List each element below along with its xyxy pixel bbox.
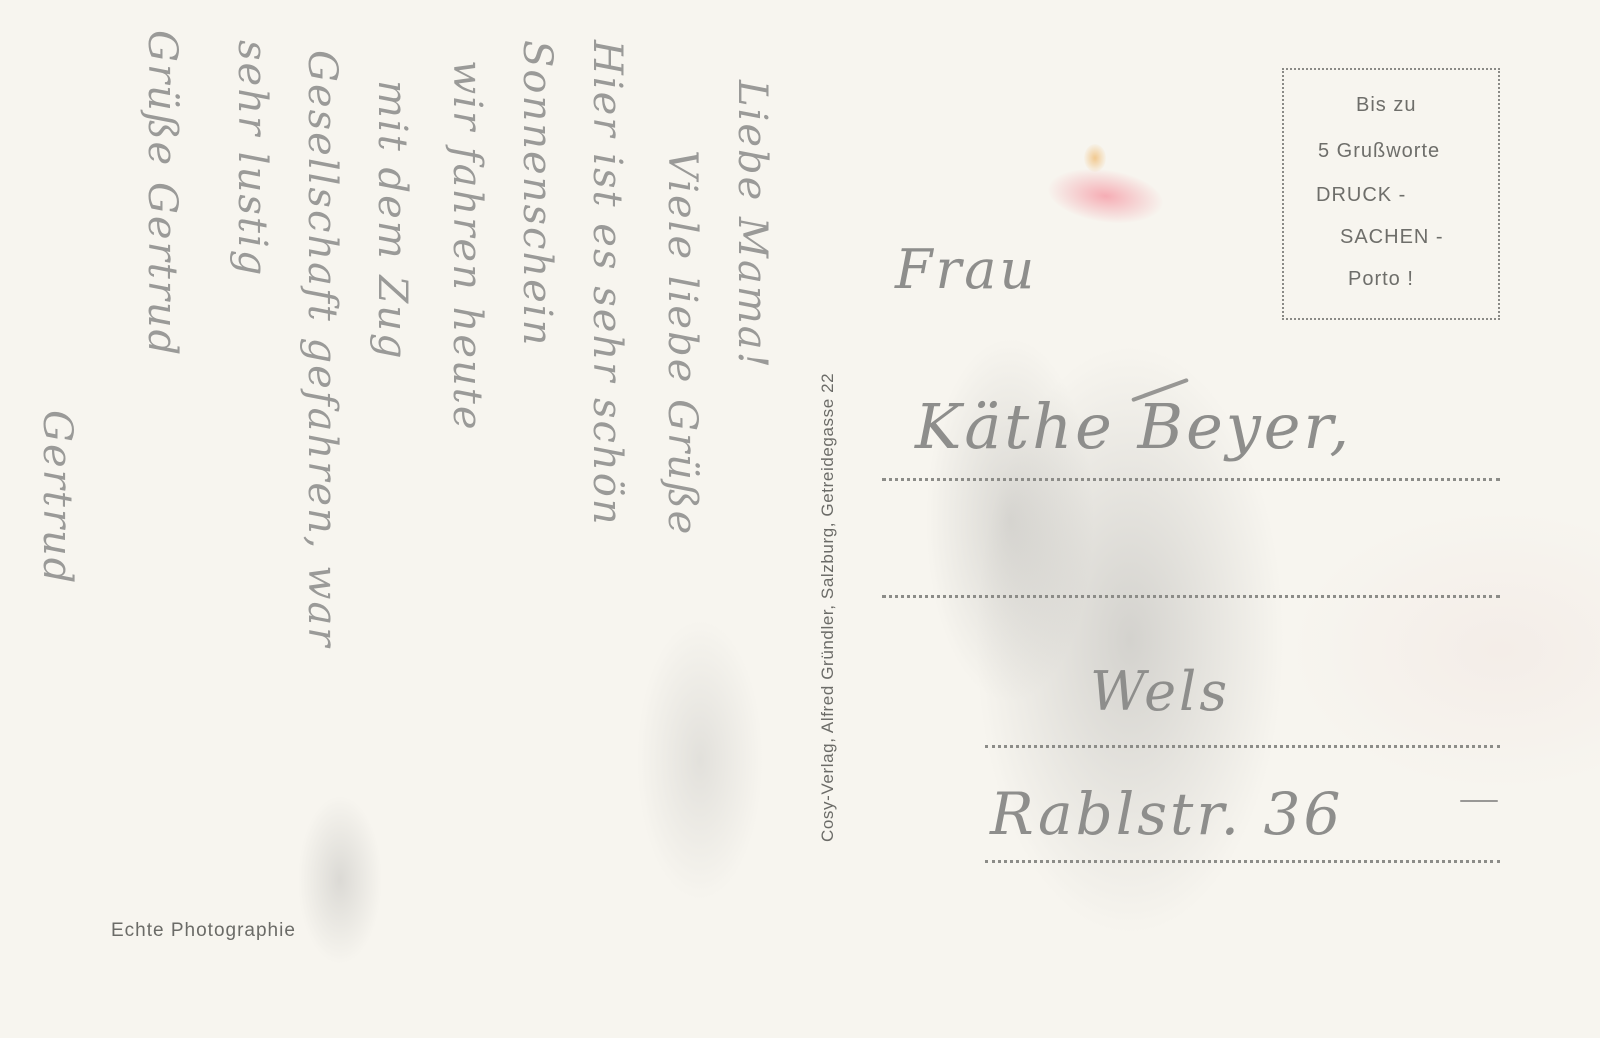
message-line: Gesellschaft gefahren, war (299, 50, 345, 648)
address-line-4 (985, 860, 1500, 863)
message-line: Sonnenschein (514, 40, 560, 347)
stamp-box-line: Bis zu (1356, 94, 1416, 117)
stamp-box: Bis zu 5 Grußworte DRUCK - SACHEN - Port… (1282, 68, 1500, 320)
address-street: Rablstr. 36 (990, 780, 1343, 848)
address-salutation: Frau (895, 238, 1037, 301)
message-line: Viele liebe Grüße (659, 150, 705, 536)
photo-label: Echte Photographie (111, 920, 296, 942)
message-line: Grüße Gertrud (139, 30, 185, 357)
pink-stain (1045, 162, 1166, 229)
message-line: wir fahren heute (444, 60, 490, 432)
publisher-imprint: Cosy-Verlag, Alfred Gründler, Salzburg, … (818, 112, 838, 842)
address-line-3 (985, 745, 1500, 748)
address-city: Wels (1090, 660, 1230, 723)
stamp-box-line: Porto ! (1348, 268, 1414, 291)
stamp-box-line: SACHEN - (1340, 226, 1444, 249)
stamp-box-line: DRUCK - (1316, 184, 1406, 207)
message-line: mit dem Zug (369, 80, 415, 361)
message-signature: Gertrud (34, 410, 80, 585)
address-line-2 (882, 595, 1500, 598)
address-line-1 (882, 478, 1500, 481)
message-line: Hier ist es sehr schön (584, 40, 630, 527)
message-line: sehr lustig (229, 40, 275, 277)
orange-stain (1084, 144, 1106, 172)
message-line: Liebe Mama! (729, 80, 775, 370)
postcard-back: Bis zu 5 Grußworte DRUCK - SACHEN - Port… (0, 0, 1600, 1038)
stamp-box-line: 5 Grußworte (1318, 140, 1440, 163)
pencil-mark (1460, 800, 1498, 802)
